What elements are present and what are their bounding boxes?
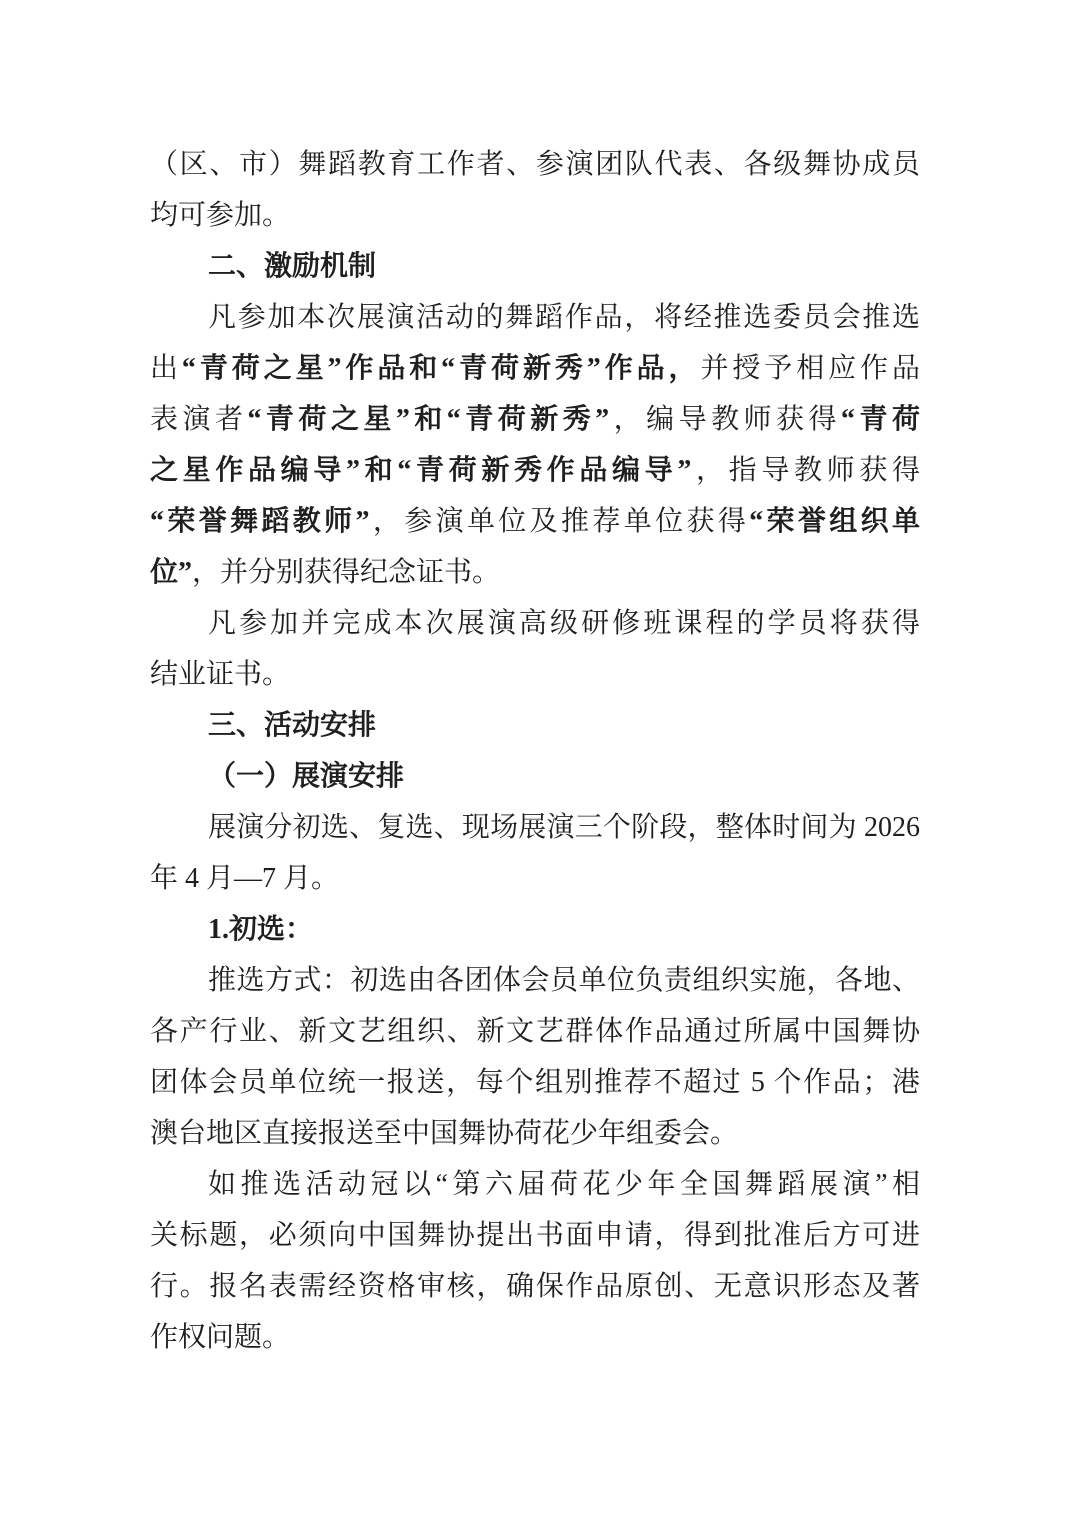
heading-text: 三、活动安排 <box>208 710 376 741</box>
line-text: 凡参加本次展演活动的舞蹈作品，将经推选委员会推选 <box>208 302 920 333</box>
text-line: 展演分初选、复选、现场展演三个阶段，整体时间为 2026 <box>150 802 920 853</box>
text-line: 各产行业、新文艺组织、新文艺群体作品通过所属中国舞协 <box>150 1006 920 1057</box>
text-line: 作权问题。 <box>150 1312 920 1363</box>
text-line: 位”，并分别获得纪念证书。 <box>150 547 920 598</box>
text-line: 年 4 月—7 月。 <box>150 853 920 904</box>
award-name-text: 位” <box>150 557 192 588</box>
text-line: 凡参加并完成本次展演高级研修班课程的学员将获得 <box>150 598 920 649</box>
award-name-text: “青荷 <box>841 404 920 435</box>
award-name-text: 之星作品编导”和“青荷新秀作品编导” <box>150 455 691 486</box>
text-line: 推选方式：初选由各团体会员单位负责组织实施，各地、 <box>150 955 920 1006</box>
text-line: “荣誉舞蹈教师”，参演单位及推荐单位获得“荣誉组织单 <box>150 496 920 547</box>
text-line: 之星作品编导”和“青荷新秀作品编导”，指导教师获得 <box>150 445 920 496</box>
line-text: ，并分别获得纪念证书。 <box>192 557 500 588</box>
heading-incentive-mechanism: 二、激励机制 <box>150 241 920 292</box>
line-text: 关标题，必须向中国舞协提出书面申请，得到批准后方可进 <box>150 1220 920 1251</box>
text-line: （区、市）舞蹈教育工作者、参演团队代表、各级舞协成员 <box>150 139 920 190</box>
text-line: 表演者“青荷之星”和“青荷新秀”，编导教师获得“青荷 <box>150 394 920 445</box>
text-line: 行。报名表需经资格审核，确保作品原创、无意识形态及著 <box>150 1261 920 1312</box>
line-text: ，指导教师获得 <box>691 455 920 486</box>
line-text: 凡参加并完成本次展演高级研修班课程的学员将获得 <box>208 608 920 639</box>
document-page: （区、市）舞蹈教育工作者、参演团队代表、各级舞协成员 均可参加。 二、激励机制 … <box>0 0 1080 1527</box>
text-line: 团体会员单位统一报送，每个组别推荐不超过 5 个作品；港 <box>150 1057 920 1108</box>
heading-text: 1.初选： <box>208 914 313 945</box>
text-line: 凡参加本次展演活动的舞蹈作品，将经推选委员会推选 <box>150 292 920 343</box>
heading-activity-arrangement: 三、活动安排 <box>150 700 920 751</box>
text-line: 均可参加。 <box>150 190 920 241</box>
document-text-block: （区、市）舞蹈教育工作者、参演团队代表、各级舞协成员 均可参加。 二、激励机制 … <box>150 139 920 1363</box>
line-text: 推选方式：初选由各团体会员单位负责组织实施，各地、 <box>208 965 920 996</box>
line-text: 结业证书。 <box>150 659 290 690</box>
line-text: 出 <box>150 353 182 384</box>
text-line: 出“青荷之星”作品和“青荷新秀”作品，并授予相应作品 <box>150 343 920 394</box>
award-name-text: “荣誉组织单 <box>749 506 920 537</box>
line-text: 行。报名表需经资格审核，确保作品原创、无意识形态及著 <box>150 1271 920 1302</box>
line-text: 如推选活动冠以“第六届荷花少年全国舞蹈展演”相 <box>208 1169 920 1200</box>
line-text: ，编导教师获得 <box>609 404 841 435</box>
heading-text: （一）展演安排 <box>208 761 404 792</box>
award-name-text: “青荷之星”和“青荷新秀” <box>247 404 609 435</box>
text-line: 如推选活动冠以“第六届荷花少年全国舞蹈展演”相 <box>150 1159 920 1210</box>
line-text: 作权问题。 <box>150 1322 290 1353</box>
line-text: 各产行业、新文艺组织、新文艺群体作品通过所属中国舞协 <box>150 1016 920 1047</box>
award-name-text: “荣誉舞蹈教师” <box>150 506 370 537</box>
line-text: 均可参加。 <box>150 200 290 231</box>
line-text: 表演者 <box>150 404 247 435</box>
line-text: （区、市）舞蹈教育工作者、参演团队代表、各级舞协成员 <box>150 149 920 180</box>
line-text: 展演分初选、复选、现场展演三个阶段，整体时间为 2026 <box>208 812 920 843</box>
award-name-text: “青荷之星”作品和“青荷新秀”作品， <box>182 353 701 384</box>
line-text: 团体会员单位统一报送，每个组别推荐不超过 5 个作品；港 <box>150 1067 920 1098</box>
line-text: 年 4 月—7 月。 <box>150 863 339 894</box>
line-text: 澳台地区直接报送至中国舞协荷花少年组委会。 <box>150 1118 738 1149</box>
heading-preliminary-selection: 1.初选： <box>150 904 920 955</box>
text-line: 澳台地区直接报送至中国舞协荷花少年组委会。 <box>150 1108 920 1159</box>
text-line: 结业证书。 <box>150 649 920 700</box>
heading-text: 二、激励机制 <box>208 251 376 282</box>
line-text: 并授予相应作品 <box>700 353 920 384</box>
line-text: ，参演单位及推荐单位获得 <box>370 506 750 537</box>
text-line: 关标题，必须向中国舞协提出书面申请，得到批准后方可进 <box>150 1210 920 1261</box>
heading-performance-arrangement: （一）展演安排 <box>150 751 920 802</box>
